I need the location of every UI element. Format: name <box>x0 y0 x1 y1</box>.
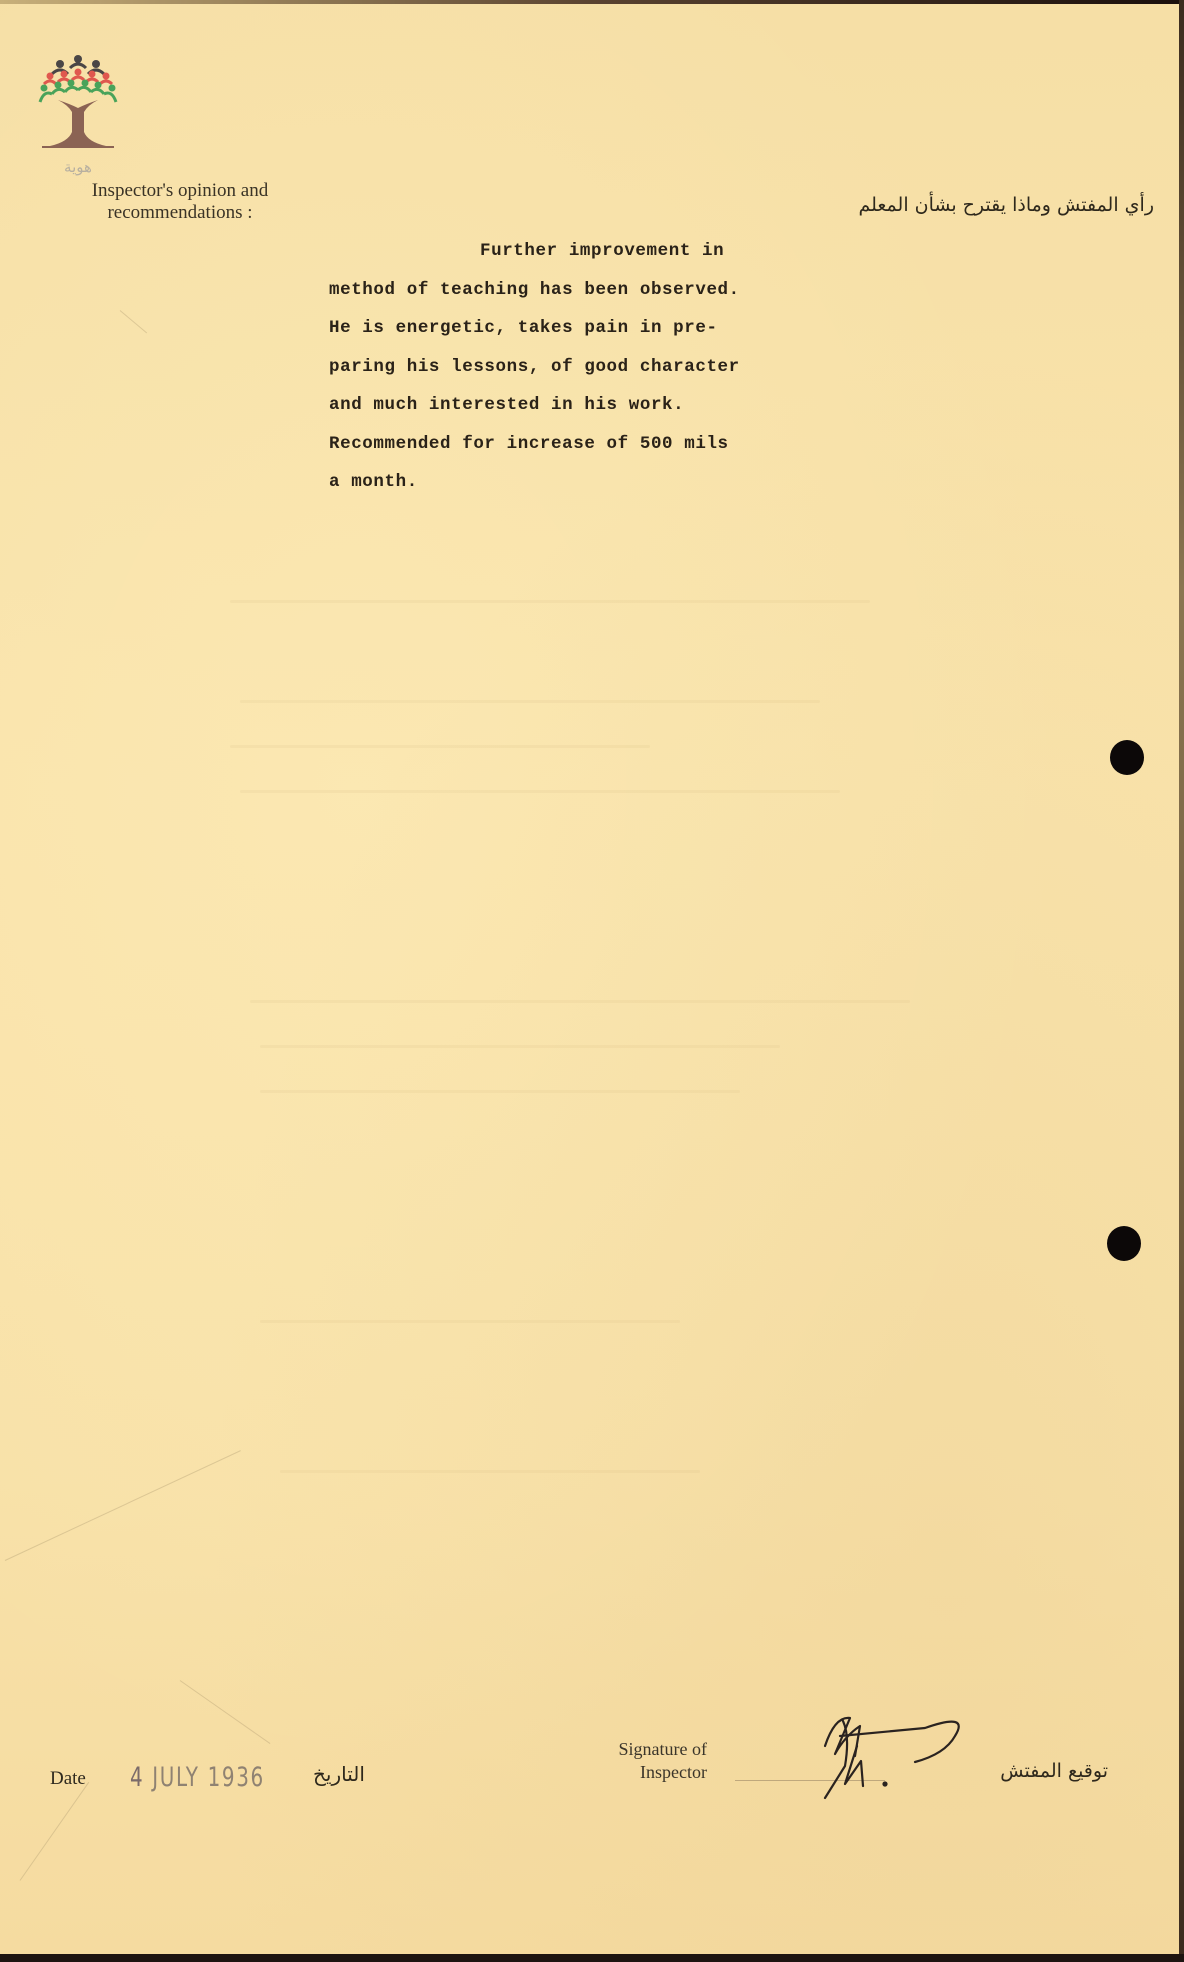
date-label-arabic: التاريخ <box>313 1762 365 1786</box>
scan-edge-right <box>1179 0 1184 1962</box>
handwritten-signature-icon <box>805 1706 985 1806</box>
punch-hole <box>1107 1226 1141 1261</box>
typed-line: Further improvement in <box>329 232 929 271</box>
typed-line: and much interested in his work. <box>329 386 929 425</box>
typed-line: method of teaching has been observed. <box>329 271 929 310</box>
date-stamp: 4 JULY 1936 <box>130 1762 265 1793</box>
tree-of-people-logo-icon: هوية <box>38 50 118 180</box>
signature-label-line1: Signature of <box>619 1739 707 1759</box>
date-stamp-day: 4 <box>130 1762 144 1793</box>
date-label: Date <box>50 1768 86 1790</box>
inspector-opinion-label-line2: recommendations : <box>107 202 252 223</box>
punch-hole <box>1110 740 1144 775</box>
inspector-opinion-label-arabic: رأي المفتش وماذا يقترح بشأن المعلم <box>858 194 1154 216</box>
typed-line: Recommended for increase of 500 mils <box>329 425 929 464</box>
signature-label-arabic: توقيع المفتش <box>1000 1760 1108 1782</box>
typed-line: He is energetic, takes pain in pre- <box>329 309 929 348</box>
document-page: هوية Inspector's opinion and recommendat… <box>0 0 1184 1962</box>
inspector-opinion-label: Inspector's opinion and recommendations … <box>30 180 330 224</box>
inspector-recommendation-text: Further improvement in method of teachin… <box>329 232 929 502</box>
typed-line: a month. <box>329 463 929 502</box>
scan-edge-top <box>0 0 1184 4</box>
svg-text:هوية: هوية <box>64 158 92 176</box>
signature-label-line2: Inspector <box>600 1761 707 1784</box>
inspector-opinion-label-line1: Inspector's opinion and <box>92 180 269 201</box>
signature-label: Signature of Inspector <box>600 1738 707 1784</box>
typed-line: paring his lessons, of good character <box>329 348 929 387</box>
date-stamp-month-year: JULY 1936 <box>152 1762 265 1793</box>
scan-edge-bottom <box>0 1954 1184 1962</box>
